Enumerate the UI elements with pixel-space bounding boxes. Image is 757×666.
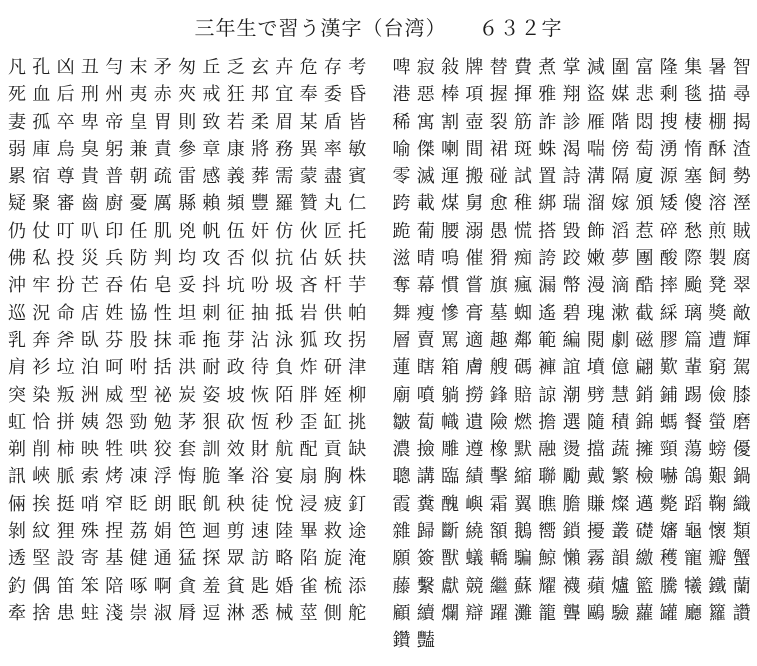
kanji-row: 妻孤卒卑帝皇胃則致若柔眉某盾皆 <box>8 109 373 136</box>
kanji-row: 稀寓割壺裂筋詐診雁階悶搜棲棚揭 <box>393 109 757 136</box>
kanji-row: 剝紋狸殊捏荔娟笆迴剪速陸畢救途 <box>8 518 373 545</box>
kanji-row: 願簽獸蟻轎騙鯨懶霧韻繳穫寵瓣蟹 <box>393 545 757 572</box>
kanji-row: 奪幕慣嘗旗瘋漏幣漫滴酷摔颱凳翠 <box>393 272 757 299</box>
kanji-row: 乳奔斧臥芬股抹乖拖芽沾泳狐玫拐 <box>8 327 373 354</box>
kanji-row: 層賣罵適趣鄰範編閱劇磁膠篇遭輝 <box>393 327 757 354</box>
kanji-row: 啤寂敍牌替費煮掌減圍富隆集暑智 <box>393 54 757 81</box>
page: { "page": { "title": "三年生で習う漢字（台湾） ６３２字"… <box>0 0 757 666</box>
kanji-row: 零滅運搬碰試置詩溝隔廈源塞飼勢 <box>393 163 757 190</box>
kanji-row: 雜歸斷繞額鵝嚮鎖擾叢礎嬸龜懷類 <box>393 518 757 545</box>
kanji-row: 倆挨挺哨窄眨朗眠飢秧徒悅浸疲釘 <box>8 491 373 518</box>
kanji-row: 鑽豔 <box>393 627 757 654</box>
kanji-row: 舞瘦慘膏墓蜘遙碧瑰漱截綵璃獎敵 <box>393 300 757 327</box>
kanji-row: 廟噴躺撈鋒賠諒潮劈慧銷鋪踢儉膝 <box>393 382 757 409</box>
kanji-row: 跨載煤舅愈稚綁瑞溜嫁頒矮傻溶溼 <box>393 190 757 217</box>
kanji-row: 巡況命店姓協性坦刺征抽抵岩供帕 <box>8 300 373 327</box>
kanji-row: 突染叛洲威型祕炭姿坡恢陌胖姪柳 <box>8 382 373 409</box>
kanji-row: 凡孔凶丑勻末矛匆丘乏玄卉危存考 <box>8 54 373 81</box>
kanji-row: 港惡棒項握揮雅翔盜媒悲剩毯描尋 <box>393 81 757 108</box>
kanji-row: 喻傑喇間裙斑蛛渴喘傍萄湧惰酥渣 <box>393 136 757 163</box>
kanji-row: 疑聚審齒廚憂厲縣賴頻豐羅贊丸仁 <box>8 190 373 217</box>
kanji-row: 聰講臨績擊縮聯勵戴繁檢嚇鴿艱鍋 <box>393 463 757 490</box>
kanji-row: 肩衫垃泊呵咐括洪耐政待負炸研津 <box>8 354 373 381</box>
kanji-row: 訊峽脈索烤凍浮悔脆峯浴宴扇胸株 <box>8 463 373 490</box>
kanji-row: 透堅設寄基健通猛探眾訪略陷旋淹 <box>8 545 373 572</box>
kanji-column-left: 凡孔凶丑勻末矛匆丘乏玄卉危存考 死血后刑州夷赤夾戒狂邦宜奉委昏 妻孤卒卑帝皇胃則… <box>8 54 373 627</box>
page-title: 三年生で習う漢字（台湾） ６３２字 <box>0 17 757 41</box>
kanji-row: 皺蔔幟遺險燃擔選隨積錦螞餐螢磨 <box>393 409 757 436</box>
kanji-row: 顧續爛辯躍灘籠聾鷗驗蘿罐廳籮讚 <box>393 600 757 627</box>
kanji-column-right: 啤寂敍牌替費煮掌減圍富隆集暑智 港惡棒項握揮雅翔盜媒悲剩毯描尋 稀寓割壺裂筋詐診… <box>393 54 757 655</box>
kanji-row: 釣偶笛笨陪啄啊貪羞貧匙婚雀梳添 <box>8 573 373 600</box>
kanji-grid: 凡孔凶丑勻末矛匆丘乏玄卉危存考 死血后刑州夷赤夾戒狂邦宜奉委昏 妻孤卒卑帝皇胃則… <box>0 54 757 655</box>
kanji-row: 濃撿雕遵橡默融燙擋蔬擁頸蕩螃優 <box>393 436 757 463</box>
kanji-row: 跪葡腰溺愚慌搭毀飾滔惹碎愁煎賊 <box>393 218 757 245</box>
kanji-row: 累宿尊貴普朝疏雷感義葬需蒙盡賓 <box>8 163 373 190</box>
kanji-row: 佛私投災兵防判均攻否似抗佔妖扶 <box>8 245 373 272</box>
kanji-row: 剃削柿映牲哄狡套訓效財航配貢缺 <box>8 436 373 463</box>
kanji-row: 仍仗叮叭印任肌兇帆伍奸仿伙匠托 <box>8 218 373 245</box>
kanji-row: 牽捨患蛀淺崇淑脣逗淋悉械莖側舵 <box>8 600 373 627</box>
kanji-row: 霞糞醜嶼霜翼瞧膽賺燦邁斃蹈鞠織 <box>393 491 757 518</box>
kanji-row: 滋晴鳴催猾痴誇跤嫩夢團酸際製腐 <box>393 245 757 272</box>
kanji-row: 虹恰拼姨怨勁勉茅狠砍恆秒歪缸挑 <box>8 409 373 436</box>
kanji-row: 弱庫烏臭躬兼責參章康將務異率敏 <box>8 136 373 163</box>
kanji-row: 蓮瞎箱膚艘碼褲誼墳億翩歎輩窮駕 <box>393 354 757 381</box>
kanji-row: 藤繫獻競繼蘇耀襪蘋爐籃騰犧鐵蘭 <box>393 573 757 600</box>
kanji-row: 死血后刑州夷赤夾戒狂邦宜奉委昏 <box>8 81 373 108</box>
kanji-row: 沖牢扮芒吞佑皂妥抖坑吩圾吝杆芋 <box>8 272 373 299</box>
